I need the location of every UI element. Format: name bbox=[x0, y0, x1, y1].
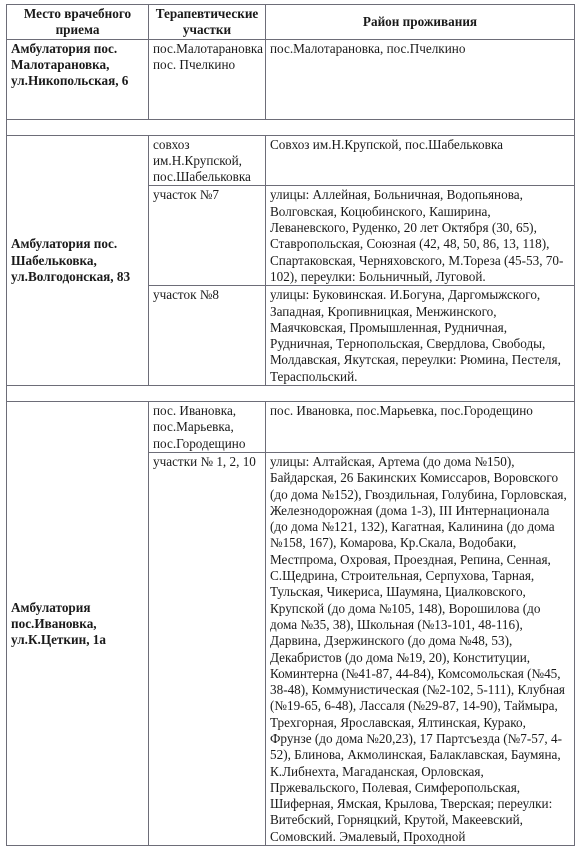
spacer-row bbox=[7, 386, 575, 402]
area-cell: пос. Ивановка, пос.Марьевка, пос.Городещ… bbox=[266, 402, 575, 453]
area-cell: Совхоз им.Н.Крупской, пос.Шабельковка bbox=[266, 135, 575, 186]
table-row: Амбулатория пос. Малотарановка, ул.Никоп… bbox=[7, 39, 575, 119]
table-row: Амбулатория пос. Шабельковка, ул.Волгодо… bbox=[7, 135, 575, 186]
header-place: Место врачебного приема bbox=[7, 5, 149, 40]
table-header-row: Место врачебного приема Терапевтические … bbox=[7, 5, 575, 40]
table-row: Амбулатория пос.Ивановка, ул.К.Цеткин, 1… bbox=[7, 402, 575, 453]
spacer-row bbox=[7, 119, 575, 135]
district-cell: пос. Ивановка, пос.Марьевка, пос.Городещ… bbox=[149, 402, 266, 453]
header-district: Терапевтические участки bbox=[149, 5, 266, 40]
document-page: Место врачебного приема Терапевтические … bbox=[6, 4, 574, 846]
area-cell: улицы: Аллейная, Больничная, Водопьянова… bbox=[266, 186, 575, 286]
district-cell: пос.Малотарановка пос. Пчелкино bbox=[149, 39, 266, 119]
district-cell: участок №8 bbox=[149, 286, 266, 386]
clinic-assignment-table: Место врачебного приема Терапевтические … bbox=[6, 4, 575, 846]
clinic-place: Амбулатория пос. Шабельковка, ул.Волгодо… bbox=[7, 135, 149, 385]
spacer-cell bbox=[7, 119, 575, 135]
district-cell: совхоз им.Н.Крупской, пос.Шабельковка bbox=[149, 135, 266, 186]
header-area: Район проживания bbox=[266, 5, 575, 40]
area-cell: улицы: Буковинская. И.Богуна, Даргомыжск… bbox=[266, 286, 575, 386]
district-cell: участки № 1, 2, 10 bbox=[149, 452, 266, 845]
clinic-place: Амбулатория пос.Ивановка, ул.К.Цеткин, 1… bbox=[7, 402, 149, 846]
spacer-cell bbox=[7, 386, 575, 402]
area-cell: пос.Малотарановка, пос.Пчелкино bbox=[266, 39, 575, 119]
district-cell: участок №7 bbox=[149, 186, 266, 286]
clinic-place: Амбулатория пос. Малотарановка, ул.Никоп… bbox=[7, 39, 149, 119]
area-cell: улицы: Алтайская, Артема (до дома №150),… bbox=[266, 452, 575, 845]
